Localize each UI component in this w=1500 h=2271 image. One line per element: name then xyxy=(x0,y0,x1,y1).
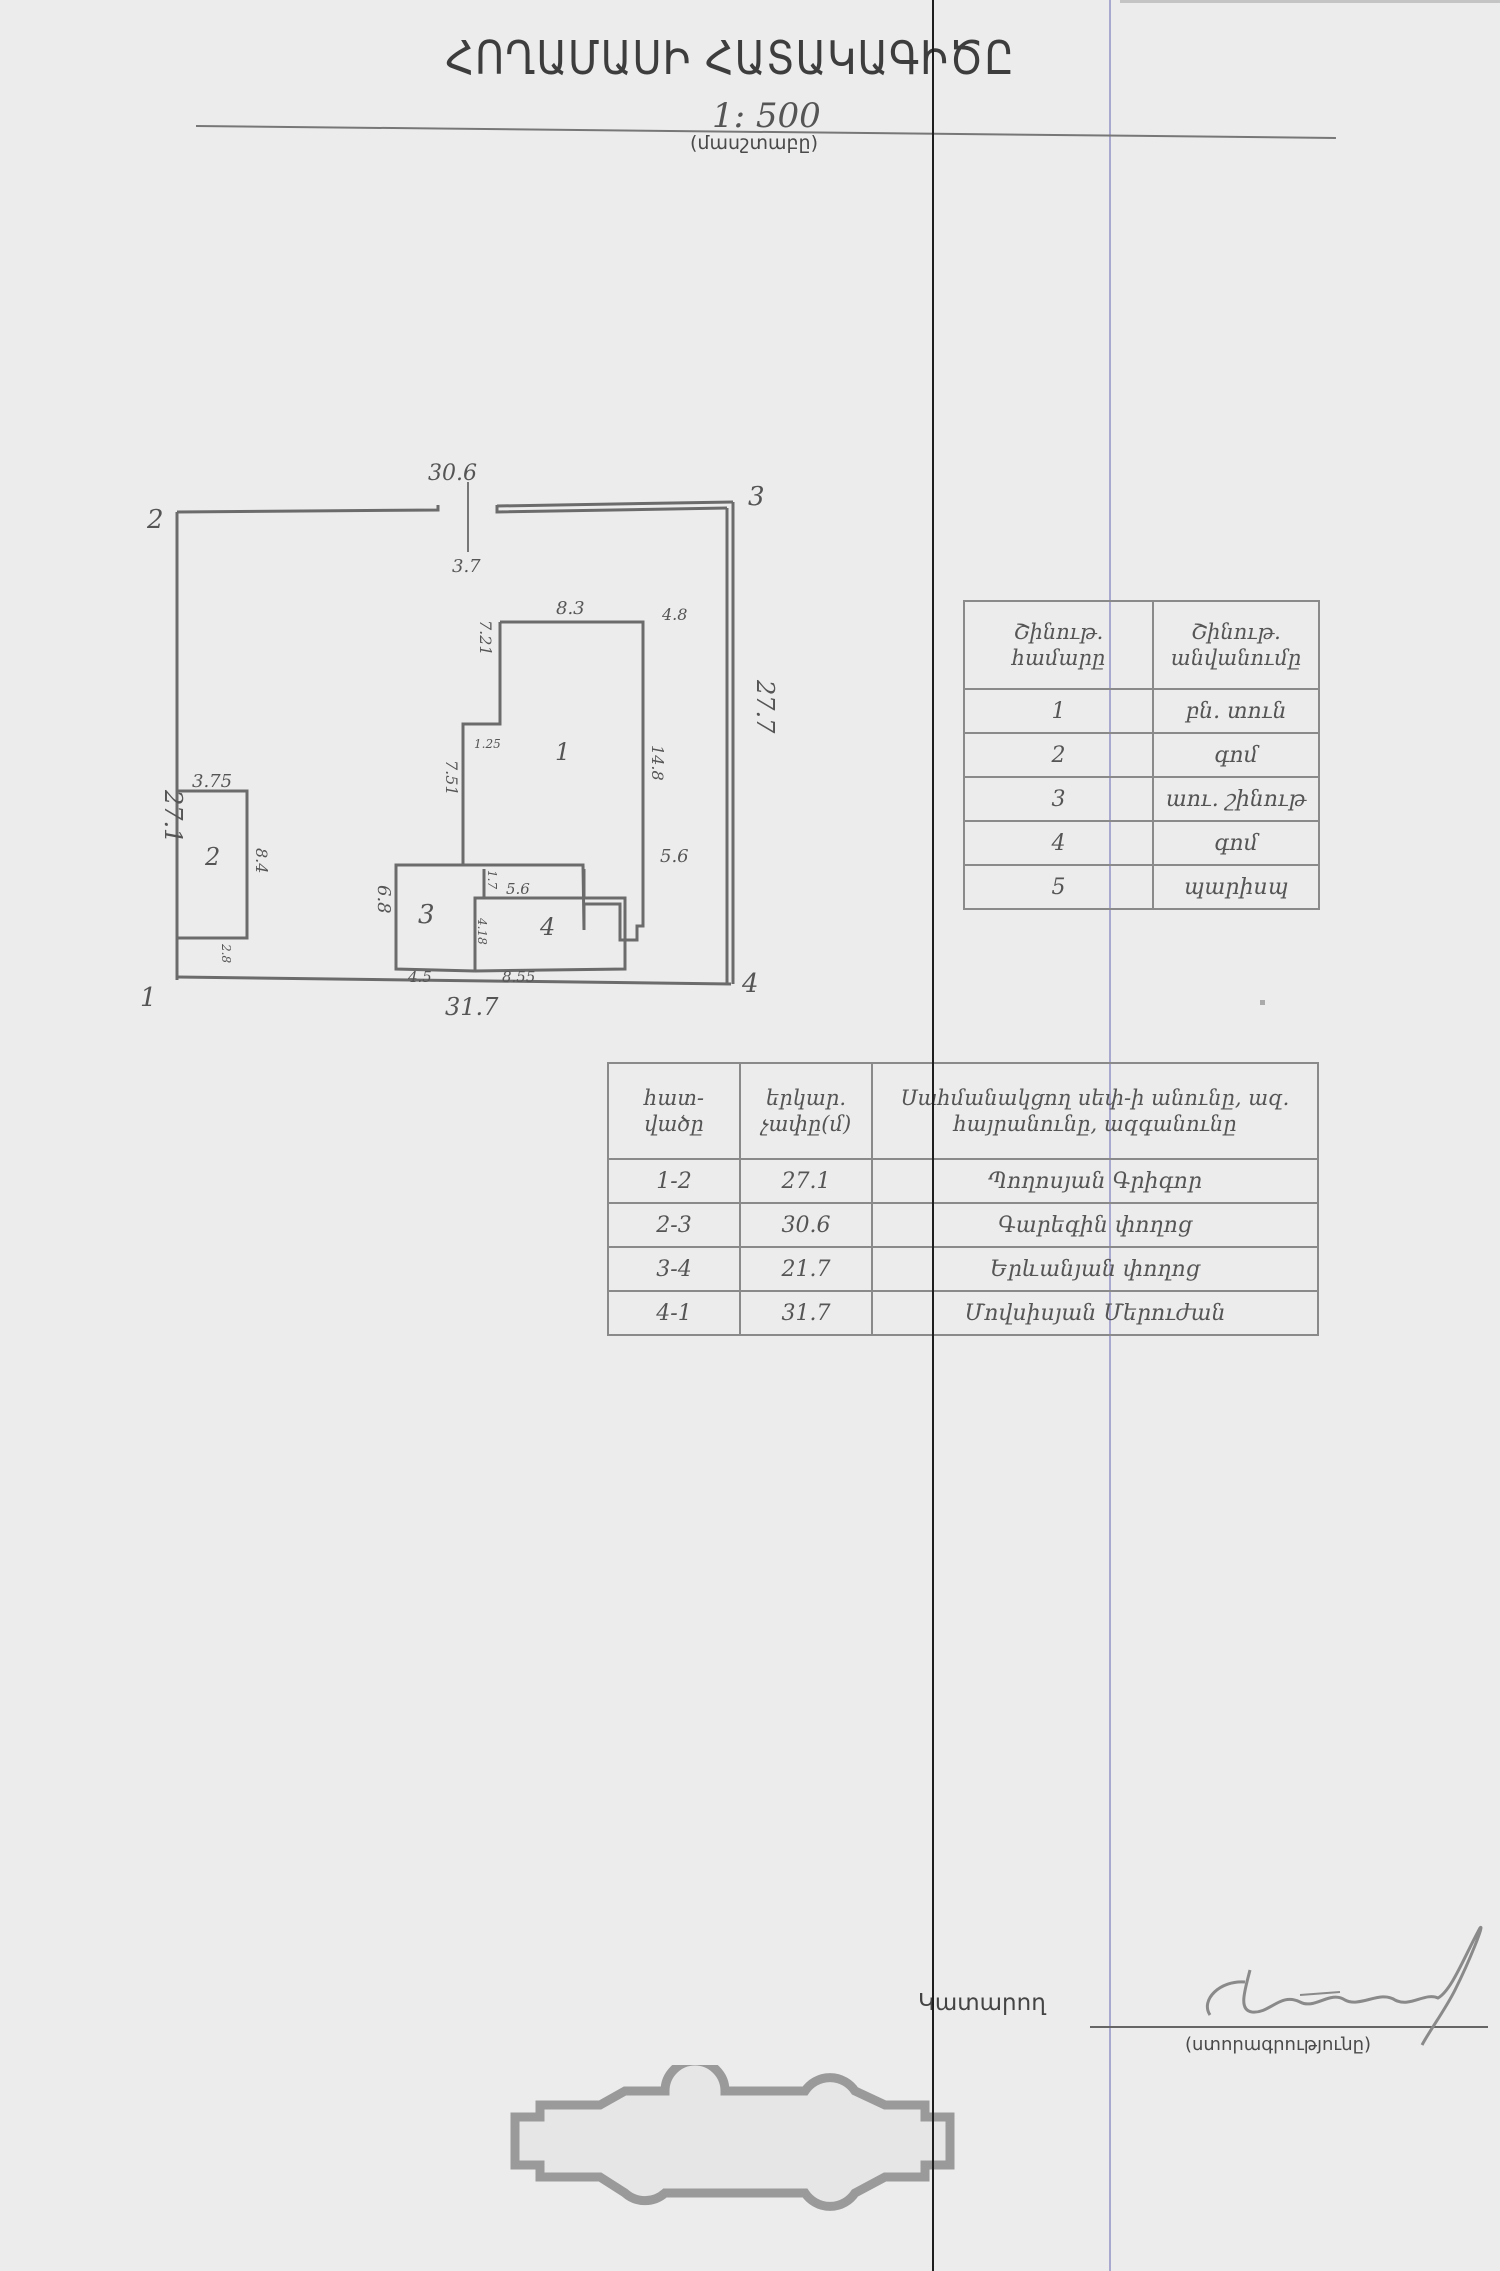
dim-b1-right-low: 5.6 xyxy=(660,846,689,867)
segment: 1-2 xyxy=(608,1159,740,1203)
dim-top: 30.6 xyxy=(428,461,477,486)
stamp xyxy=(505,2065,960,2230)
dim-b4-bottom: 8.55 xyxy=(502,968,535,986)
dim-b4-left: 4.18 xyxy=(475,917,489,945)
scan-dot xyxy=(1260,1000,1265,1005)
table-row: 3 աու. շինութ xyxy=(964,777,1319,821)
table-row: 3-4 21.7 Երևանյան փողոց xyxy=(608,1247,1318,1291)
dim-b2-top: 3.75 xyxy=(192,771,232,792)
corner-label-3: 3 xyxy=(748,482,765,512)
dim-b3-left: 6.8 xyxy=(373,885,394,914)
buildings-table: Շինութ. համարը Շինութ. անվանումը 1 բն. տ… xyxy=(963,600,1320,910)
segment: 3-4 xyxy=(608,1247,740,1291)
building-name: աու. շինութ xyxy=(1153,777,1319,821)
dim-b1-left-upper: 7.21 xyxy=(476,620,495,656)
building-label-4: 4 xyxy=(539,913,555,941)
table-row: 2-3 30.6 Գարեգին փողոց xyxy=(608,1203,1318,1247)
dim-right: 27.7 xyxy=(751,679,779,734)
building-name: գոմ xyxy=(1153,821,1319,865)
building-name: պարիսպ xyxy=(1153,865,1319,909)
corner-label-4: 4 xyxy=(741,969,759,999)
building-label-3: 3 xyxy=(418,900,435,930)
length: 30.6 xyxy=(740,1203,872,1247)
dim-b1-right-top: 4.8 xyxy=(661,605,687,624)
neighbor: Երևանյան փողոց xyxy=(872,1247,1318,1291)
neighbor: Մովսիսյան Մերուժան xyxy=(872,1291,1318,1335)
dim-b4-top: 5.6 xyxy=(506,880,530,898)
buildings-table-header: Շինութ. համարը Շինութ. անվանումը xyxy=(964,601,1319,689)
table-row: 5 պարիսպ xyxy=(964,865,1319,909)
dim-b2-bottom: 2.8 xyxy=(219,943,233,963)
building-1-outline xyxy=(463,622,643,940)
scan-line-black xyxy=(932,0,934,2271)
table-row: 4-1 31.7 Մովսիսյան Մերուժան xyxy=(608,1291,1318,1335)
table-row: 2 գոմ xyxy=(964,733,1319,777)
header-length: երկար. չափը(մ) xyxy=(740,1063,872,1159)
dim-top-gap: 3.7 xyxy=(452,556,481,577)
building-number: 5 xyxy=(964,865,1153,909)
segment: 4-1 xyxy=(608,1291,740,1335)
building-number: 2 xyxy=(964,733,1153,777)
neighbor: Պողոսյան Գրիգոր xyxy=(872,1159,1318,1203)
corner-label-1: 1 xyxy=(140,983,157,1013)
building-number: 3 xyxy=(964,777,1153,821)
length: 21.7 xyxy=(740,1247,872,1291)
dim-left: 27.1 xyxy=(159,789,187,843)
header-segment: հատ-վածը xyxy=(608,1063,740,1159)
building-name: գոմ xyxy=(1153,733,1319,777)
dim-b4-top-small: 1.7 xyxy=(485,870,499,889)
segment: 2-3 xyxy=(608,1203,740,1247)
dim-b2-right: 8.4 xyxy=(252,848,271,873)
header-neighbor: Սահմանակցող սեփ-ի անունը, ազ. հայրանունը… xyxy=(872,1063,1318,1159)
dim-b1-step: 1.25 xyxy=(474,737,501,751)
building-3-outline xyxy=(396,865,475,971)
table-row: 1-2 27.1 Պողոսյան Գրիգոր xyxy=(608,1159,1318,1203)
building-number: 4 xyxy=(964,821,1153,865)
dim-b1-top: 8.3 xyxy=(556,598,585,619)
neighbor: Գարեգին փողոց xyxy=(872,1203,1318,1247)
dim-b1-left-lower: 7.51 xyxy=(442,760,461,796)
dim-bottom: 31.7 xyxy=(445,993,499,1021)
building-label-1: 1 xyxy=(555,738,570,766)
header-building-number: Շինութ. համարը xyxy=(964,601,1153,689)
signature-label: Կատարող xyxy=(918,1990,1046,2016)
header-building-name: Շինութ. անվանումը xyxy=(1153,601,1319,689)
signature-caption: (ստորագրությունը) xyxy=(1185,2034,1371,2055)
corner-label-2: 2 xyxy=(146,505,164,535)
boundary-table-header: հատ-վածը երկար. չափը(մ) Սահմանակցող սեփ-… xyxy=(608,1063,1318,1159)
boundary-table: հատ-վածը երկար. չափը(մ) Սահմանակցող սեփ-… xyxy=(607,1062,1319,1336)
table-row: 1 բն. տուն xyxy=(964,689,1319,733)
building-number: 1 xyxy=(964,689,1153,733)
site-plan: 2 3 4 1 30.6 3.7 31.7 27.1 27.7 8.3 4.8 … xyxy=(0,0,1500,1100)
dim-b3-bottom: 4.5 xyxy=(407,968,432,986)
dim-b1-right: 14.8 xyxy=(648,745,667,781)
table-row: 4 գոմ xyxy=(964,821,1319,865)
length: 31.7 xyxy=(740,1291,872,1335)
signature-scribble xyxy=(1190,1920,1490,2050)
length: 27.1 xyxy=(740,1159,872,1203)
building-name: բն. տուն xyxy=(1153,689,1319,733)
building-label-2: 2 xyxy=(204,843,220,871)
